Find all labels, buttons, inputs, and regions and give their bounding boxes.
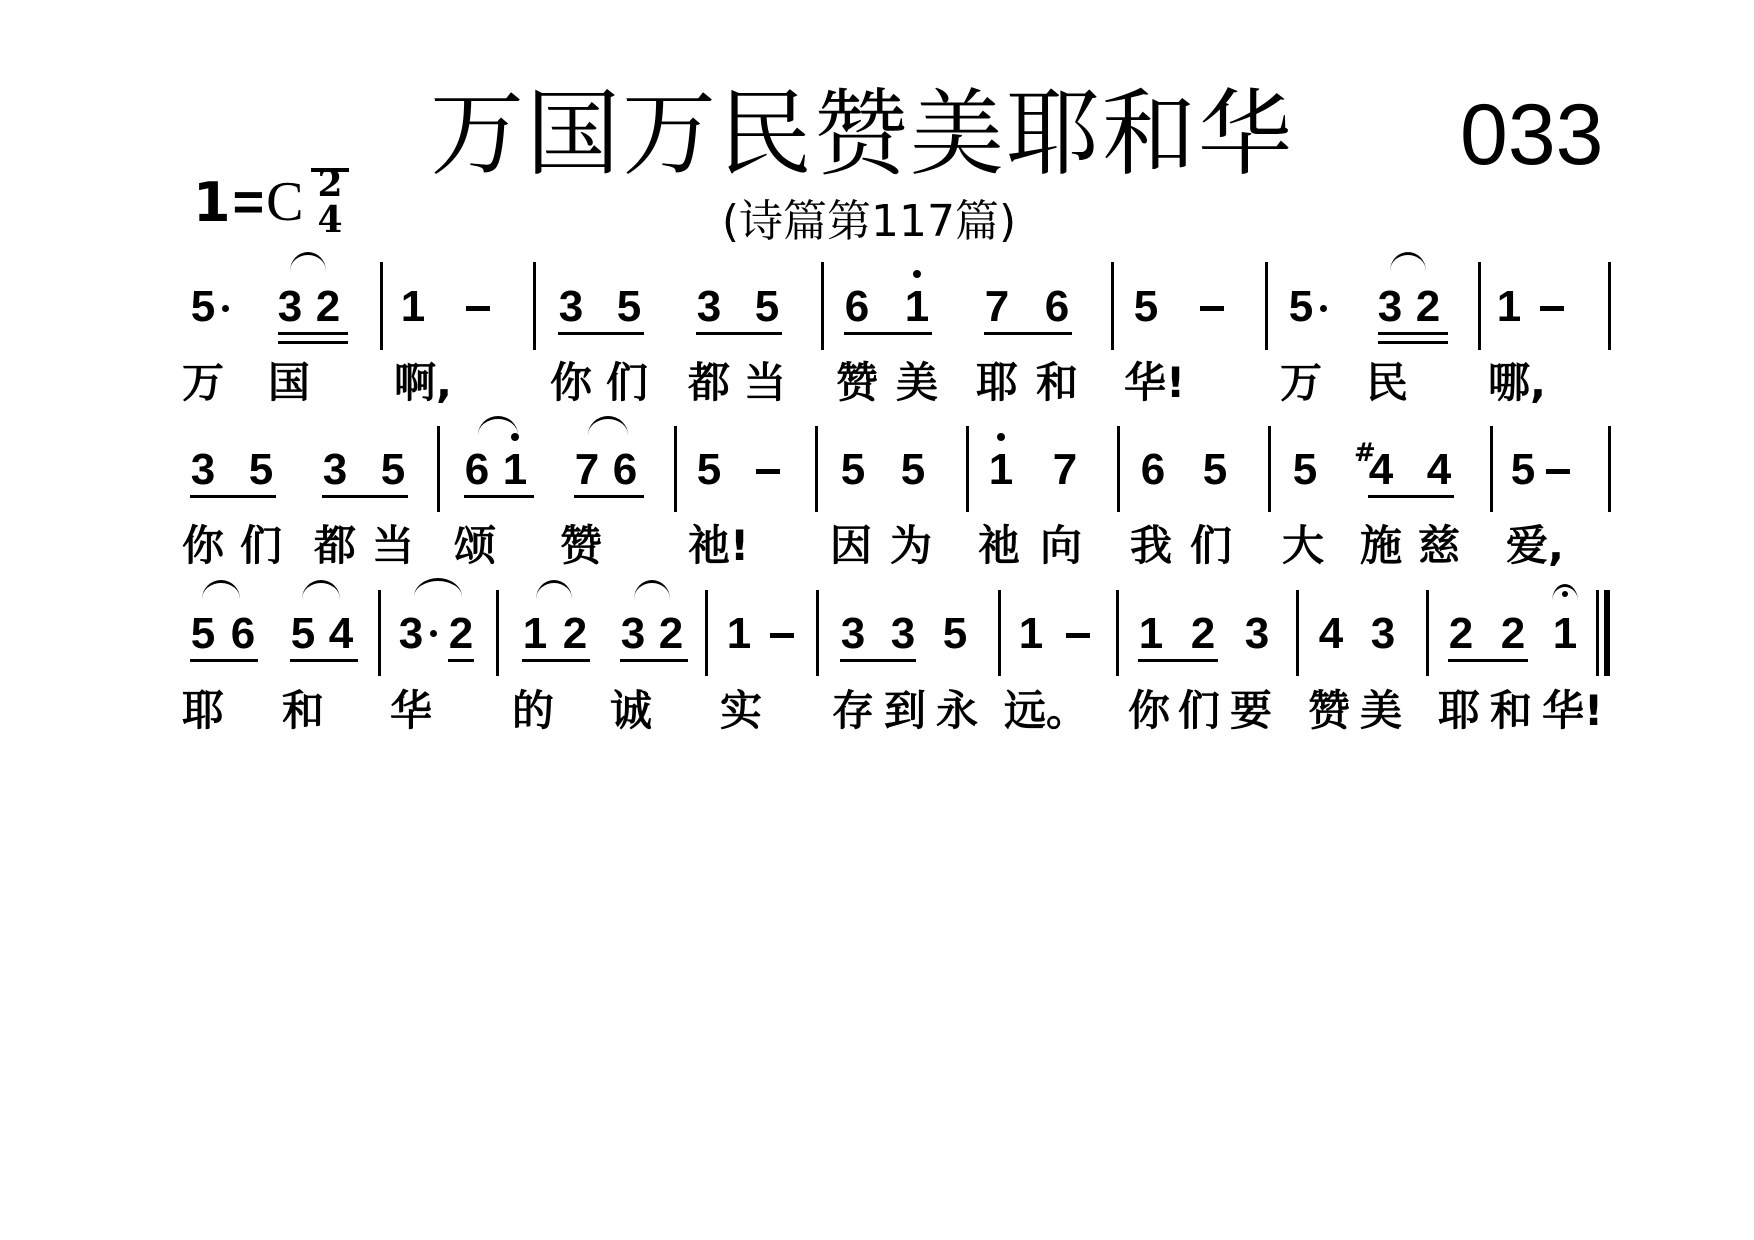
dash [1200, 306, 1224, 311]
note: 1 [1016, 612, 1046, 656]
octave-dot-high [511, 433, 519, 441]
note: 5 [898, 448, 928, 492]
note: 1 [1550, 612, 1580, 656]
note: 3 [188, 448, 218, 492]
song-subtitle-text: (诗篇第117篇) [722, 200, 1016, 244]
note: 6 [842, 285, 872, 329]
note: 2 [313, 285, 343, 329]
note: 5 [1131, 285, 1161, 329]
note: 3 [694, 285, 724, 329]
lyric: 都 [688, 362, 730, 404]
dash [770, 633, 794, 638]
underline-eighth [696, 332, 782, 335]
dash [466, 306, 490, 311]
note: 1 [724, 612, 754, 656]
lyric: 美 [896, 362, 938, 404]
barline [1117, 426, 1120, 512]
note: 6 [1042, 285, 1072, 329]
note: 3 [556, 285, 586, 329]
underline-sixteenth [278, 341, 348, 344]
note: 7 [982, 285, 1012, 329]
barline [1296, 590, 1299, 676]
note: 2 [656, 612, 686, 656]
lyric: 万 [1280, 362, 1322, 404]
note: 1 [1136, 612, 1166, 656]
note: 5 [940, 612, 970, 656]
final-barline-thin [1596, 590, 1599, 676]
note: 6 [1138, 448, 1168, 492]
note: 5 [378, 448, 408, 492]
note: 2 [560, 612, 590, 656]
lyric: 诚 [610, 690, 652, 732]
barline [1116, 590, 1119, 676]
dash [1540, 306, 1564, 311]
note: 2 [1498, 612, 1528, 656]
note: 5 [246, 448, 276, 492]
lyric: 我 [1130, 525, 1172, 567]
barline [966, 426, 969, 512]
note: 5 [1200, 448, 1230, 492]
note: 3 [838, 612, 868, 656]
lyric: 们 [606, 362, 648, 404]
lyric: 大 [1282, 525, 1324, 567]
note: 3 [275, 285, 305, 329]
lyric: 啊, [394, 362, 452, 404]
lyric: 爱, [1506, 525, 1564, 567]
song-title-text: 万国万民赞美耶和华 [430, 88, 1294, 182]
barline [1608, 426, 1611, 512]
barline [1265, 262, 1268, 350]
barline [821, 262, 824, 350]
underline-eighth [522, 659, 590, 662]
barline [816, 590, 819, 676]
lyric: 赞 [836, 362, 878, 404]
barline [380, 262, 383, 350]
barline [1608, 262, 1611, 350]
lyric: 为 [890, 525, 932, 567]
song-subtitle: (诗篇第117篇) [0, 200, 1754, 244]
slur [1390, 252, 1426, 271]
augmentation-dot [222, 305, 229, 312]
note: 5 [1286, 285, 1316, 329]
lyric: 耶 [1438, 690, 1480, 732]
lyric: 哪, [1488, 362, 1546, 404]
note: 1 [398, 285, 428, 329]
lyric: 的 [512, 690, 554, 732]
barline [674, 426, 677, 512]
note: 5 [288, 612, 318, 656]
dash [1066, 633, 1090, 638]
underline-eighth [448, 659, 474, 662]
augmentation-dot [430, 630, 437, 637]
note: 3 [888, 612, 918, 656]
lyric: 华! [1124, 362, 1185, 404]
underline-eighth [190, 495, 276, 498]
underline-eighth [464, 495, 534, 498]
lyric: 远。 [1004, 690, 1088, 732]
lyric: 到 [884, 690, 926, 732]
barline [815, 426, 818, 512]
note: 3 [1368, 612, 1398, 656]
lyric: 都 [314, 525, 356, 567]
note: 5 [694, 448, 724, 492]
lyric: 因 [830, 525, 872, 567]
octave-dot-high [913, 270, 921, 278]
lyric: 你 [550, 362, 592, 404]
lyric: 祂! [688, 525, 749, 567]
underline-eighth [840, 659, 916, 662]
slur [588, 416, 628, 435]
lyric: 向 [1040, 525, 1082, 567]
note-high: 1 [500, 448, 530, 492]
slur [302, 580, 340, 599]
lyric: 祂 [978, 525, 1020, 567]
barline [1111, 262, 1114, 350]
underline-eighth [558, 332, 644, 335]
note: 7 [572, 448, 602, 492]
lyric: 国 [268, 362, 310, 404]
note: 2 [1413, 285, 1443, 329]
lyric: 们 [240, 525, 282, 567]
lyric: 永 [936, 690, 978, 732]
barline [1426, 590, 1429, 676]
note: 4 [1424, 448, 1454, 492]
augmentation-dot [1320, 305, 1327, 312]
lyric: 实 [720, 690, 762, 732]
lyric: 你 [1128, 690, 1170, 732]
lyric: 和 [1490, 690, 1532, 732]
note: 5 [752, 285, 782, 329]
lyric: 民 [1366, 362, 1408, 404]
note: 6 [228, 612, 258, 656]
barline [1490, 426, 1493, 512]
lyric: 耶 [976, 362, 1018, 404]
note-high: 1 [986, 448, 1016, 492]
note: 4 [1366, 448, 1396, 492]
lyric: 当 [744, 362, 786, 404]
note: 5 [188, 612, 218, 656]
underline-eighth [620, 659, 688, 662]
underline-eighth [574, 495, 644, 498]
note: 1 [520, 612, 550, 656]
barline [1478, 262, 1481, 350]
slur [414, 578, 462, 597]
barline [437, 426, 440, 512]
lyric: 慈 [1418, 525, 1460, 567]
underline-eighth [1378, 332, 1448, 335]
barline [1268, 426, 1271, 512]
underline-eighth [278, 332, 348, 335]
note: 2 [1446, 612, 1476, 656]
lyric: 颂 [454, 525, 496, 567]
lyric: 你 [182, 525, 224, 567]
note: 6 [610, 448, 640, 492]
slur [290, 252, 326, 271]
slur [202, 580, 240, 599]
slur [478, 416, 518, 435]
note: 3 [320, 448, 350, 492]
note: 4 [1316, 612, 1346, 656]
lyric: 们 [1178, 690, 1220, 732]
underline-eighth [290, 659, 358, 662]
hymn-number: 033 [1460, 92, 1604, 178]
note: 5 [838, 448, 868, 492]
note: 3 [618, 612, 648, 656]
barline [378, 590, 381, 676]
underline-eighth [322, 495, 408, 498]
underline-eighth [1448, 659, 1528, 662]
lyric: 要 [1230, 690, 1272, 732]
lyric: 们 [1190, 525, 1232, 567]
underline-eighth [1138, 659, 1218, 662]
underline-eighth [984, 332, 1072, 335]
lyric: 华 [390, 690, 432, 732]
note: 2 [1188, 612, 1218, 656]
final-barline-thick [1604, 590, 1610, 676]
note: 5 [1290, 448, 1320, 492]
note: 5 [1508, 448, 1538, 492]
note: 4 [326, 612, 356, 656]
note: 5 [614, 285, 644, 329]
underline-sixteenth [1378, 341, 1448, 344]
underline-eighth [1368, 495, 1454, 498]
lyric: 存 [832, 690, 874, 732]
note: 7 [1050, 448, 1080, 492]
underline-eighth [190, 659, 258, 662]
barline [496, 590, 499, 676]
slur [536, 580, 572, 599]
barline [533, 262, 536, 350]
note: 3 [1375, 285, 1405, 329]
fermata-icon [1552, 584, 1578, 601]
note: 1 [1494, 285, 1524, 329]
barline [705, 590, 708, 676]
lyric: 施 [1360, 525, 1402, 567]
dash [756, 469, 780, 474]
octave-dot-high [997, 433, 1005, 441]
lyric: 万 [182, 362, 224, 404]
note: 5 [188, 285, 218, 329]
lyric: 赞 [560, 525, 602, 567]
note: 6 [462, 448, 492, 492]
lyric: 和 [282, 690, 324, 732]
slur [634, 580, 670, 599]
note: 3 [396, 612, 426, 656]
lyric: 耶 [182, 690, 224, 732]
lyric: 赞 [1308, 690, 1350, 732]
barline [998, 590, 1001, 676]
lyric: 美 [1360, 690, 1402, 732]
lyric: 当 [372, 525, 414, 567]
underline-eighth [844, 332, 932, 335]
lyric: 华! [1542, 690, 1603, 732]
note-high: 1 [902, 285, 932, 329]
note: 2 [446, 612, 476, 656]
note: 3 [1242, 612, 1272, 656]
dash [1546, 469, 1570, 474]
lyric: 和 [1036, 362, 1078, 404]
